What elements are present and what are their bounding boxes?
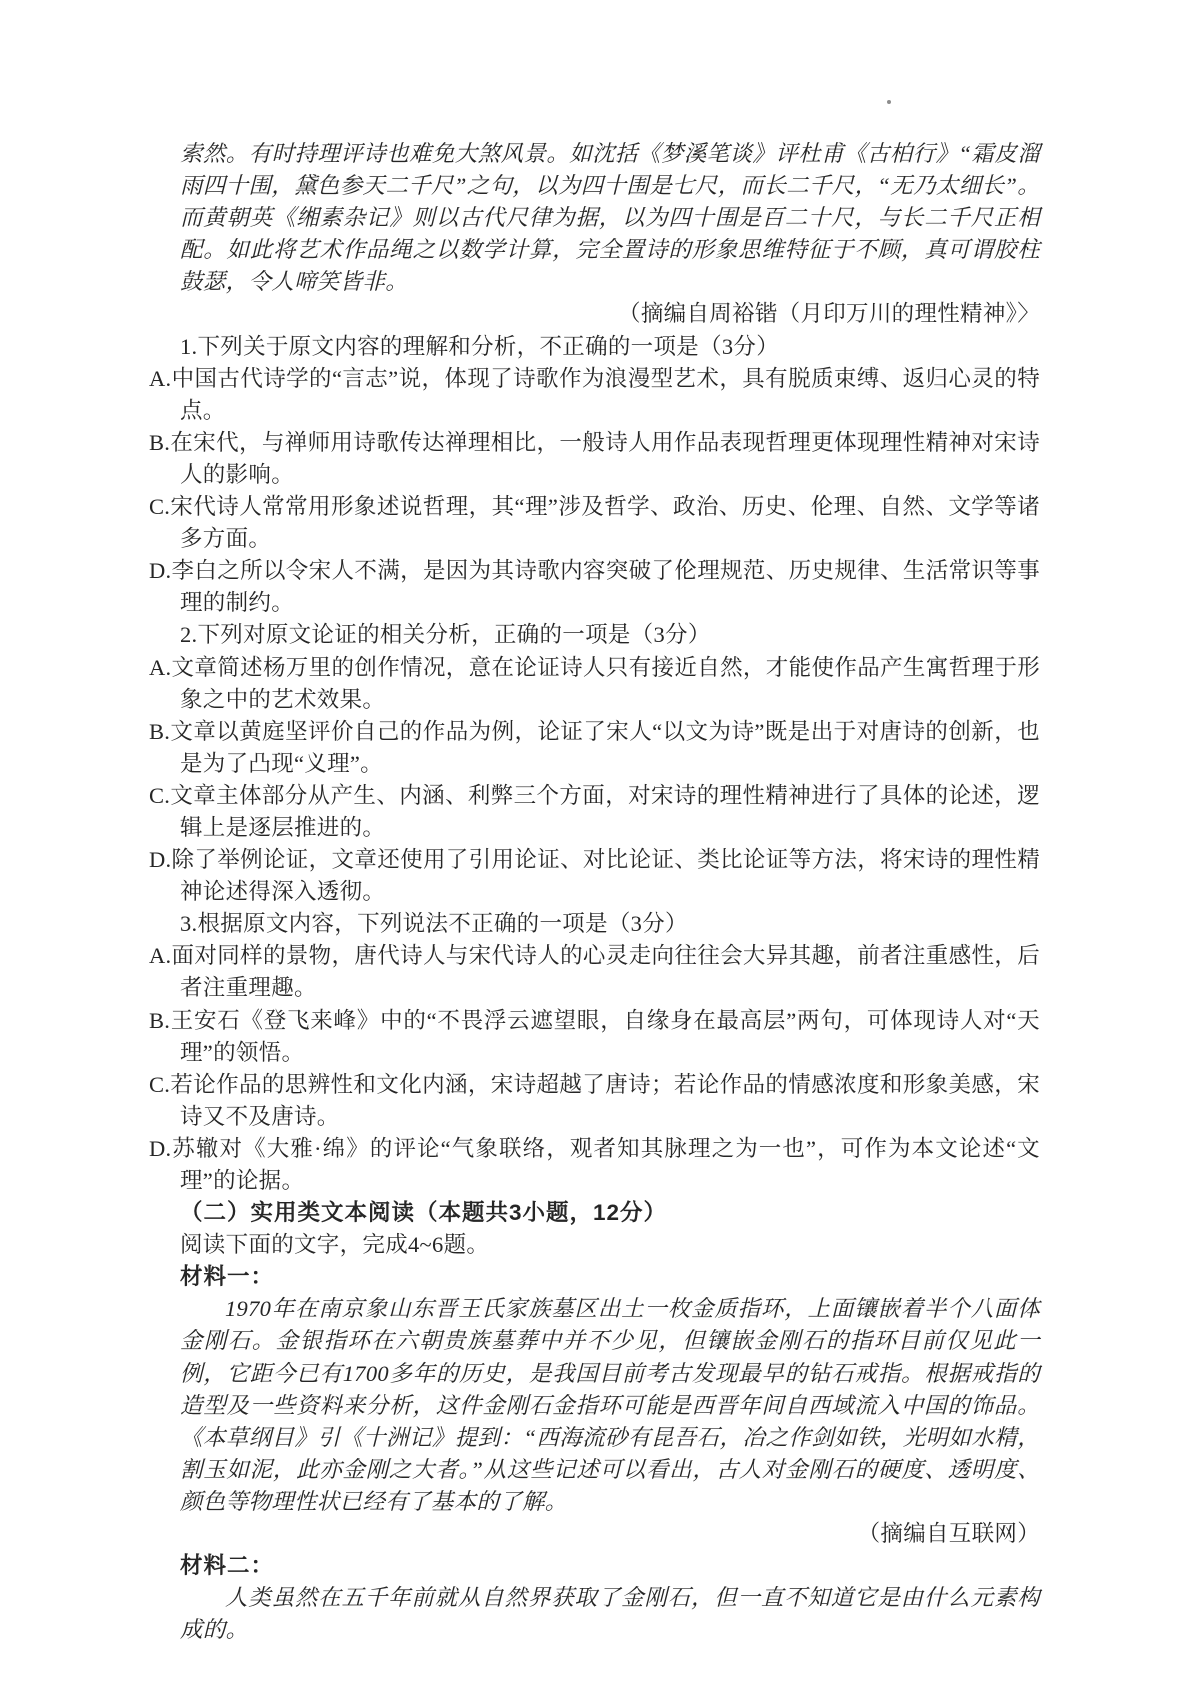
- exam-page: 索然。有时持理评诗也难免大煞风景。如沈括《梦溪笔谈》评杜甫《古柏行》“霜皮溜雨四…: [0, 0, 1200, 1698]
- question-3: 3.根据原文内容，下列说法不正确的一项是（3分） A.面对同样的景物，唐代诗人与…: [180, 908, 1040, 1197]
- question-2-option-b: B.文章以黄庭坚评价自己的作品为例，论证了宋人“以文为诗”既是出于对唐诗的创新，…: [180, 716, 1040, 780]
- scan-artifact-dot: [887, 100, 891, 104]
- material-1-attribution: （摘编自互联网）: [180, 1518, 1040, 1550]
- intro-attribution: （摘编自周裕锴（月印万川的理性精神》〉: [180, 298, 1040, 330]
- page-content: 索然。有时持理评诗也难免大煞风景。如沈括《梦溪笔谈》评杜甫《古柏行》“霜皮溜雨四…: [180, 138, 1040, 1646]
- intro-paragraph: 索然。有时持理评诗也难免大煞风景。如沈括《梦溪笔谈》评杜甫《古柏行》“霜皮溜雨四…: [180, 138, 1040, 298]
- question-3-stem: 3.根据原文内容，下列说法不正确的一项是（3分）: [180, 908, 1040, 940]
- material-2-label: 材料二：: [180, 1550, 1040, 1582]
- material-2-paragraph: 人类虽然在五千年前就从自然界获取了金刚石，但一直不知道它是由什么元素构成的。: [180, 1582, 1040, 1646]
- material-1-paragraph: 1970年在南京象山东晋王氏家族墓区出土一枚金质指环，上面镶嵌着半个八面体金刚石…: [180, 1293, 1040, 1518]
- section-2-header: （二）实用类文本阅读（本题共3小题，12分）: [180, 1197, 1040, 1229]
- question-1-stem: 1.下列关于原文内容的理解和分析，不正确的一项是（3分）: [180, 331, 1040, 363]
- question-1-option-d: D.李白之所以令宋人不满，是因为其诗歌内容突破了伦理规范、历史规律、生活常识等事…: [180, 555, 1040, 619]
- question-3-option-d: D.苏辙对《大雅·绵》的评论“气象联络，观者知其脉理之为一也”，可作为本文论述“…: [180, 1133, 1040, 1197]
- question-1-option-a: A.中国古代诗学的“言志”说，体现了诗歌作为浪漫型艺术，具有脱质束缚、返归心灵的…: [180, 363, 1040, 427]
- question-2-option-d: D.除了举例论证，文章还使用了引用论证、对比论证、类比论证等方法，将宋诗的理性精…: [180, 844, 1040, 908]
- question-2-option-c: C.文章主体部分从产生、内涵、利弊三个方面，对宋诗的理性精神进行了具体的论述，逻…: [180, 780, 1040, 844]
- question-2-stem: 2.下列对原文论证的相关分析，正确的一项是（3分）: [180, 619, 1040, 651]
- question-3-option-b: B.王安石《登飞来峰》中的“不畏浮云遮望眼，自缘身在最高层”两句，可体现诗人对“…: [180, 1005, 1040, 1069]
- material-1-label: 材料一：: [180, 1261, 1040, 1293]
- question-3-option-c: C.若论作品的思辨性和文化内涵，宋诗超越了唐诗；若论作品的情感浓度和形象美感，宋…: [180, 1069, 1040, 1133]
- reading-instruction: 阅读下面的文字，完成4~6题。: [180, 1229, 1040, 1261]
- question-1: 1.下列关于原文内容的理解和分析，不正确的一项是（3分） A.中国古代诗学的“言…: [180, 331, 1040, 620]
- question-3-option-a: A.面对同样的景物，唐代诗人与宋代诗人的心灵走向往往会大异其趣，前者注重感性，后…: [180, 940, 1040, 1004]
- question-2: 2.下列对原文论证的相关分析，正确的一项是（3分） A.文章简述杨万里的创作情况…: [180, 619, 1040, 908]
- question-1-option-b: B.在宋代，与禅师用诗歌传达禅理相比，一般诗人用作品表现哲理更体现理性精神对宋诗…: [180, 427, 1040, 491]
- question-1-option-c: C.宋代诗人常常用形象述说哲理，其“理”涉及哲学、政治、历史、伦理、自然、文学等…: [180, 491, 1040, 555]
- question-2-option-a: A.文章简述杨万里的创作情况，意在论证诗人只有接近自然，才能使作品产生寓哲理于形…: [180, 652, 1040, 716]
